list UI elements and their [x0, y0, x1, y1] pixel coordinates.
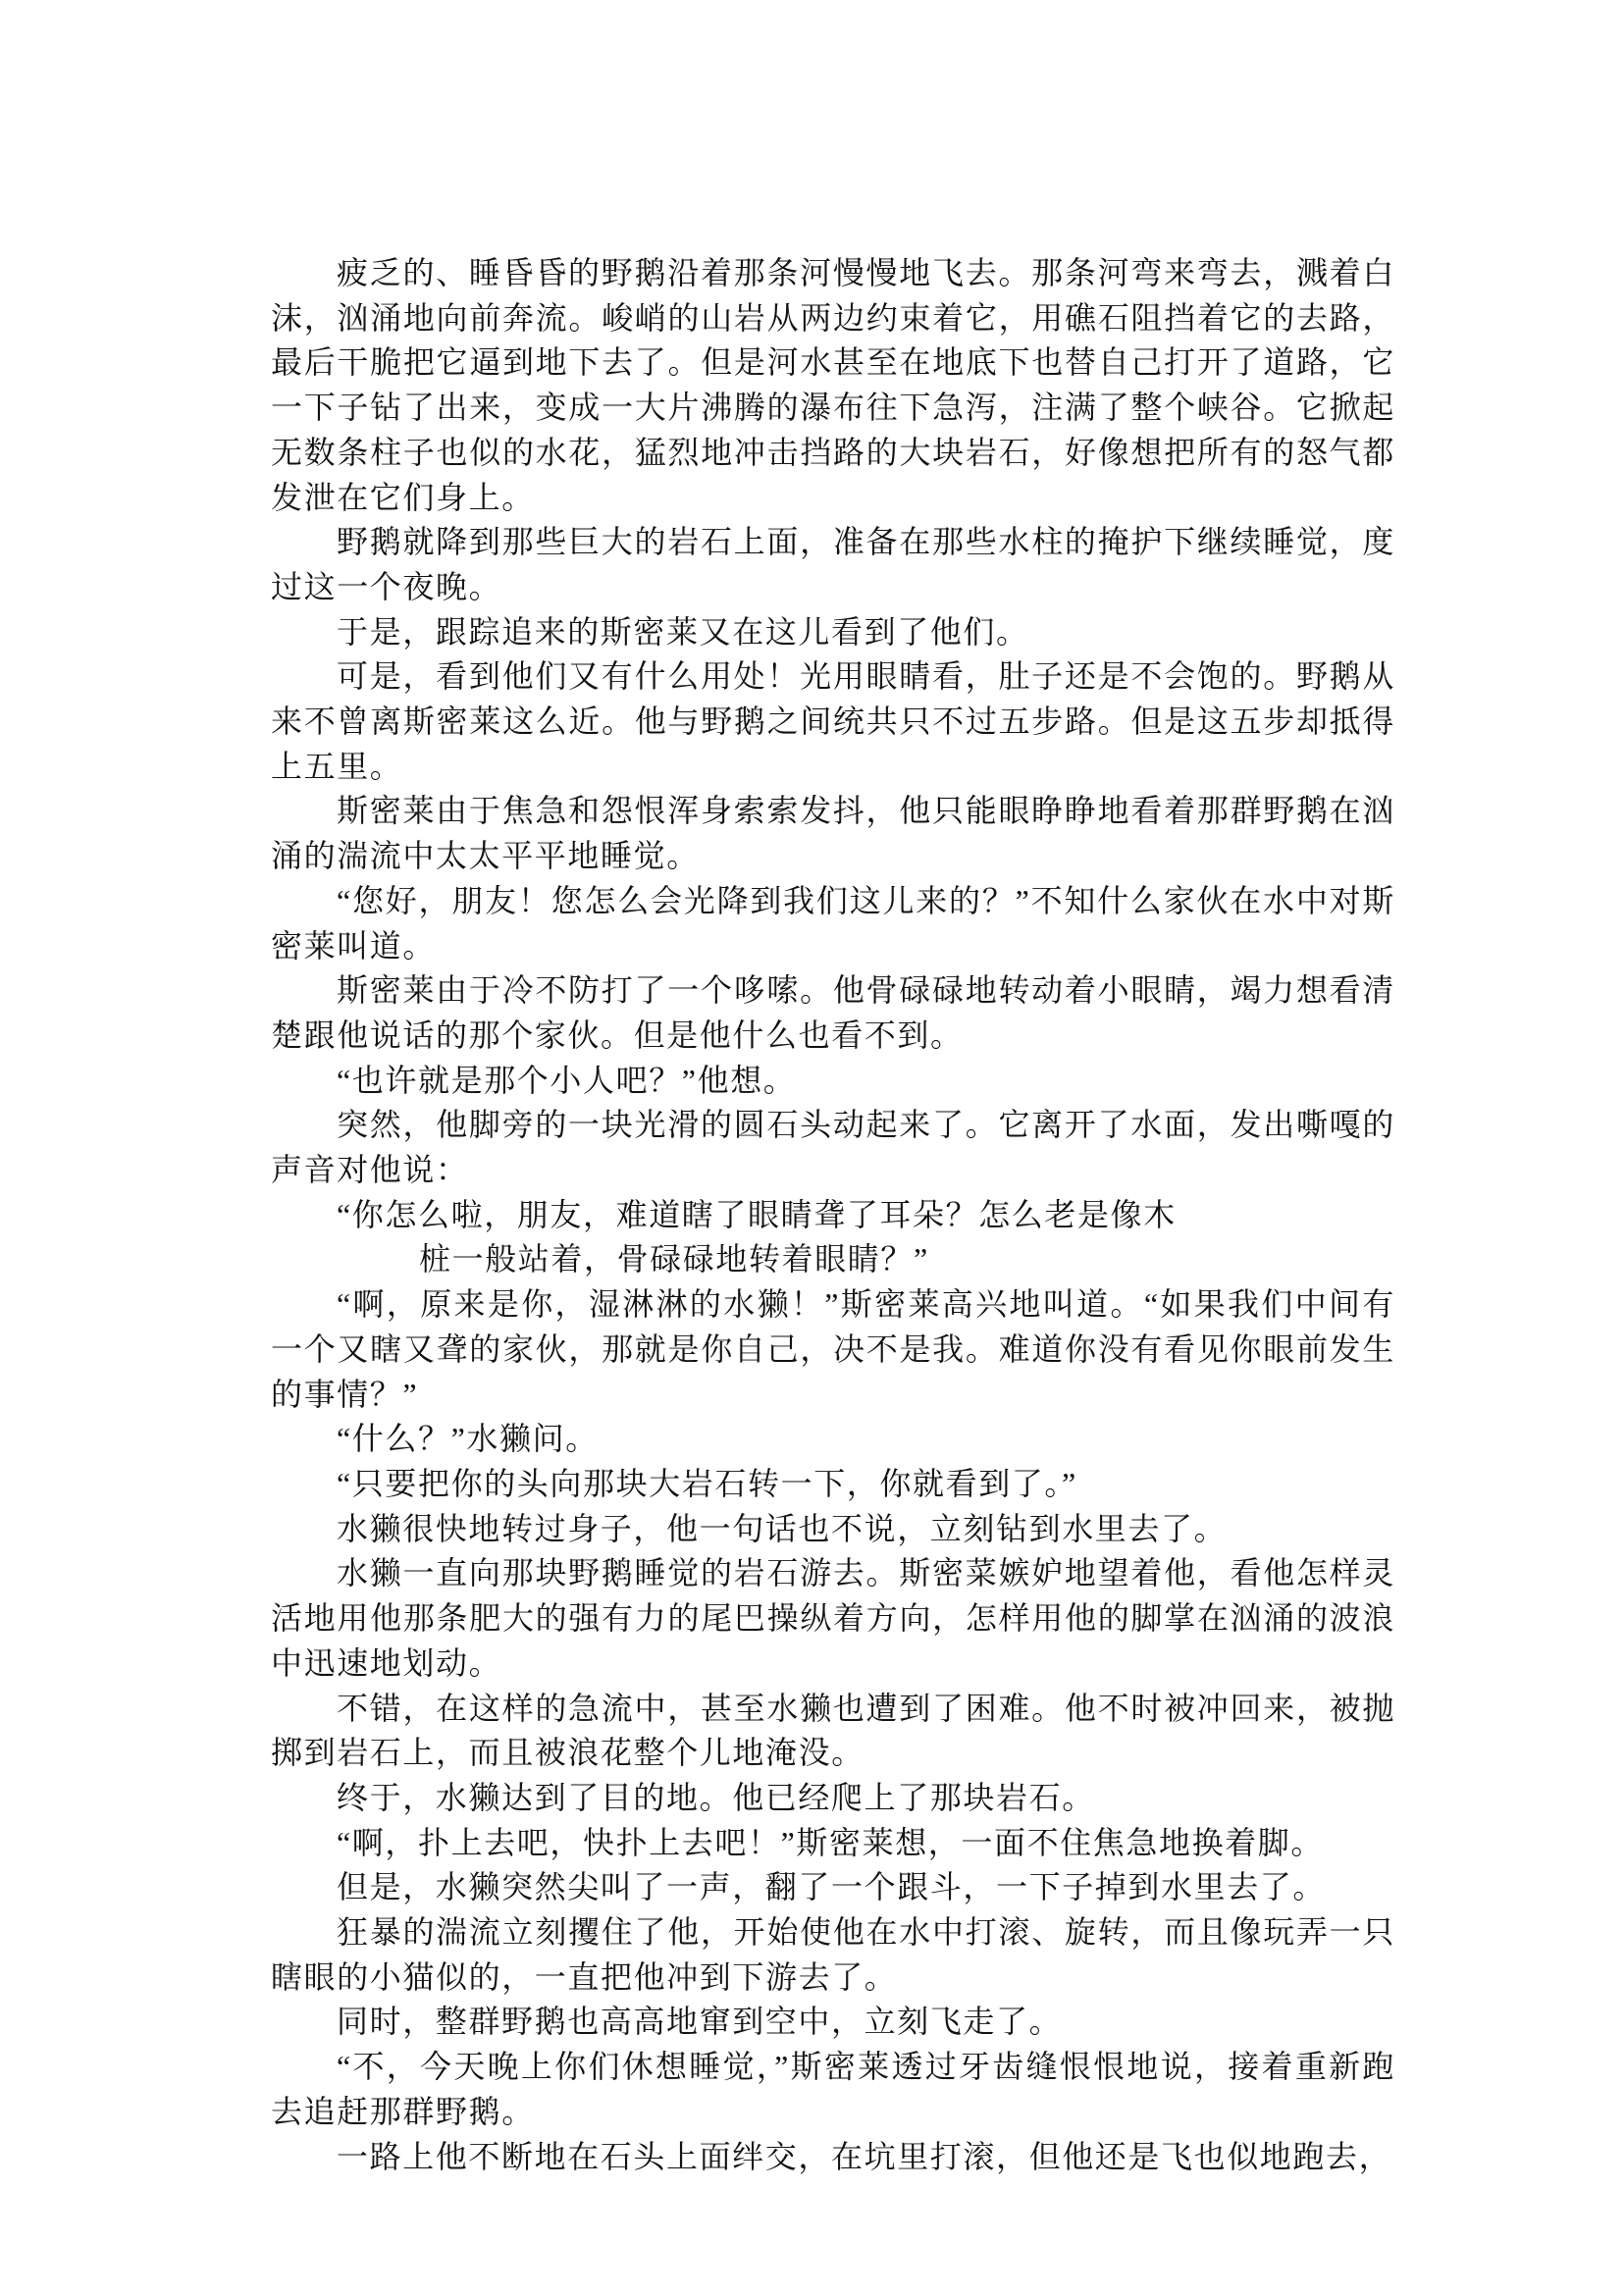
paragraph: 斯密莱由于冷不防打了一个哆嗦。他骨碌碌地转动着小眼睛，竭力想看清楚跟他说话的那个…: [271, 968, 1395, 1058]
paragraph: “您好，朋友！您怎么会光降到我们这儿来的？”不知什么家伙在水中对斯密莱叫道。: [271, 879, 1395, 968]
paragraph: 可是，看到他们又有什么用处！光用眼睛看，肚子还是不会饱的。野鹅从来不曾离斯密莱这…: [271, 654, 1395, 789]
paragraph: 终于，水獭达到了目的地。他已经爬上了那块岩石。: [271, 1776, 1395, 1821]
paragraph: “什么？”水獭问。: [271, 1417, 1395, 1462]
paragraph: “不，今天晚上你们休想睡觉，”斯密莱透过牙齿缝恨恨地说，接着重新跑去追赶那群野鹅…: [271, 2045, 1395, 2134]
paragraph: 但是，水獭突然尖叫了一声，翻了一个跟斗，一下子掉到水里去了。: [271, 1865, 1395, 1910]
paragraph: 野鹅就降到那些巨大的岩石上面，准备在那些水柱的掩护下继续睡觉，度过这一个夜晚。: [271, 520, 1395, 609]
paragraph: “也许就是那个小人吧？”他想。: [271, 1059, 1395, 1104]
paragraph: 一路上他不断地在石头上面绊交，在坑里打滚，但他还是飞也似地跑去，: [271, 2135, 1395, 2180]
document-page: 疲乏的、睡昏昏的野鹅沿着那条河慢慢地飞去。那条河弯来弯去，溅着白沫，汹涌地向前奔…: [0, 0, 1624, 2294]
paragraph: 疲乏的、睡昏昏的野鹅沿着那条河慢慢地飞去。那条河弯来弯去，溅着白沫，汹涌地向前奔…: [271, 251, 1395, 520]
paragraph: 不错，在这样的急流中，甚至水獭也遭到了困难。他不时被冲回来，被抛掷到岩石上，而且…: [271, 1687, 1395, 1776]
paragraph: “只要把你的头向那块大岩石转一下，你就看到了。”: [271, 1462, 1395, 1507]
paragraph: 水獭很快地转过身子，他一句话也不说，立刻钻到水里去了。: [271, 1507, 1395, 1552]
paragraph: 狂暴的湍流立刻攫住了他，开始使他在水中打滚、旋转，而且像玩弄一只瞎眼的小猫似的，…: [271, 1910, 1395, 2000]
paragraph: “你怎么啦，朋友，难道瞎了眼睛聋了耳朵？怎么老是像木: [271, 1193, 1395, 1238]
text-block: 疲乏的、睡昏昏的野鹅沿着那条河慢慢地飞去。那条河弯来弯去，溅着白沫，汹涌地向前奔…: [271, 251, 1395, 2179]
paragraph: 于是，跟踪追来的斯密莱又在这儿看到了他们。: [271, 610, 1395, 655]
paragraph: 斯密莱由于焦急和怨恨浑身索索发抖，他只能眼睁睁地看着那群野鹅在汹涌的湍流中太太平…: [271, 789, 1395, 878]
paragraph: 同时，整群野鹅也高高地窜到空中，立刻飞走了。: [271, 2000, 1395, 2045]
paragraph: 水獭一直向那块野鹅睡觉的岩石游去。斯密菜嫉妒地望着他，看他怎样灵活地用他那条肥大…: [271, 1551, 1395, 1686]
paragraph: “啊，原来是你，湿淋淋的水獭！”斯密莱高兴地叫道。“如果我们中间有一个又瞎又聋的…: [271, 1282, 1395, 1417]
paragraph: “啊，扑上去吧，快扑上去吧！”斯密莱想，一面不住焦急地换着脚。: [271, 1821, 1395, 1866]
paragraph: 突然，他脚旁的一块光滑的圆石头动起来了。它离开了水面，发出嘶嘎的声音对他说：: [271, 1103, 1395, 1192]
paragraph: 桩一般站着，骨碌碌地转着眼睛？”: [271, 1237, 1395, 1282]
